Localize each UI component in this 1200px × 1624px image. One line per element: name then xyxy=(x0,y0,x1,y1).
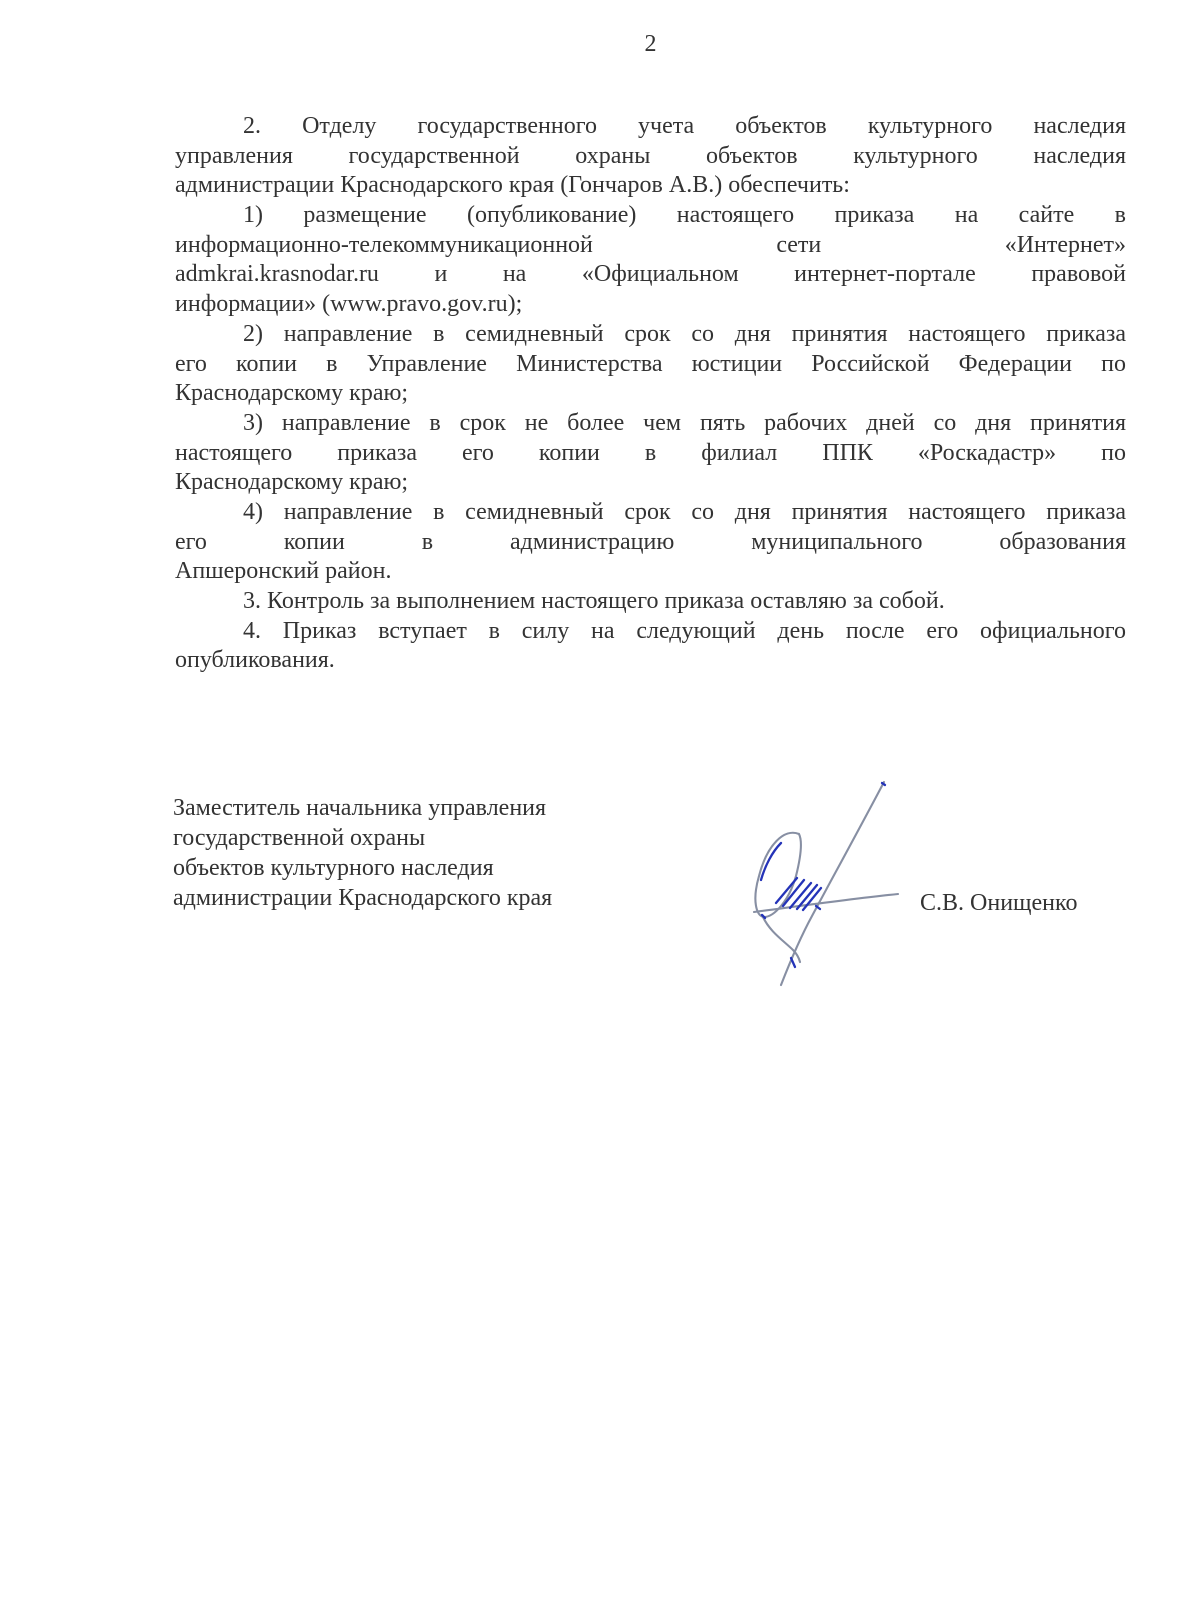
text-line: информационно-телекоммуникационной сети … xyxy=(175,231,1126,261)
paragraph-4: 4. Приказ вступает в силу на следующий д… xyxy=(175,617,1126,676)
text-line: его копии в администрацию муниципального… xyxy=(175,528,1126,558)
order-body: 2. Отделу государственного учета объекто… xyxy=(175,112,1126,676)
text-line: 1) размещение (опубликование) настоящего… xyxy=(175,201,1126,231)
text-line: информации» (www.pravo.gov.ru); xyxy=(175,290,1126,320)
signature-pen-strokes xyxy=(754,782,898,985)
text-line: 2. Отделу государственного учета объекто… xyxy=(175,112,1126,142)
document-page: 2 2. Отделу государственного учета объек… xyxy=(0,0,1200,1624)
text-line: его копии в Управление Министерства юсти… xyxy=(175,350,1126,380)
text-line: admkrai.krasnodar.ru и на «Официальном и… xyxy=(175,260,1126,290)
text-line: опубликования. xyxy=(175,646,1126,676)
text-line: администрации Краснодарского края (Гонча… xyxy=(175,171,1126,201)
text-line: 3) направление в срок не более чем пять … xyxy=(175,409,1126,439)
text-line: 4) направление в семидневный срок со дня… xyxy=(175,498,1126,528)
paragraph-3: 3. Контроль за выполнением настоящего пр… xyxy=(175,587,1126,617)
text-line: Апшеронский район. xyxy=(175,557,1126,587)
subparagraph-4: 4) направление в семидневный срок со дня… xyxy=(175,498,1126,587)
page-number: 2 xyxy=(175,30,1126,58)
text-line: 3. Контроль за выполнением настоящего пр… xyxy=(175,587,1126,617)
subparagraph-3: 3) направление в срок не более чем пять … xyxy=(175,409,1126,498)
text-line: Краснодарскому краю; xyxy=(175,468,1126,498)
text-line: настоящего приказа его копии в филиал ПП… xyxy=(175,439,1126,469)
handwritten-signature xyxy=(695,758,925,1003)
text-line: 2) направление в семидневный срок со дня… xyxy=(175,320,1126,350)
subparagraph-1: 1) размещение (опубликование) настоящего… xyxy=(175,201,1126,320)
subparagraph-2: 2) направление в семидневный срок со дня… xyxy=(175,320,1126,409)
text-line: управления государственной охраны объект… xyxy=(175,142,1126,172)
paragraph-2: 2. Отделу государственного учета объекто… xyxy=(175,112,1126,201)
text-line: Краснодарскому краю; xyxy=(175,379,1126,409)
signer-name: С.В. Онищенко xyxy=(920,888,1077,918)
signature-ink-scribble xyxy=(761,783,885,967)
text-line: 4. Приказ вступает в силу на следующий д… xyxy=(175,617,1126,647)
